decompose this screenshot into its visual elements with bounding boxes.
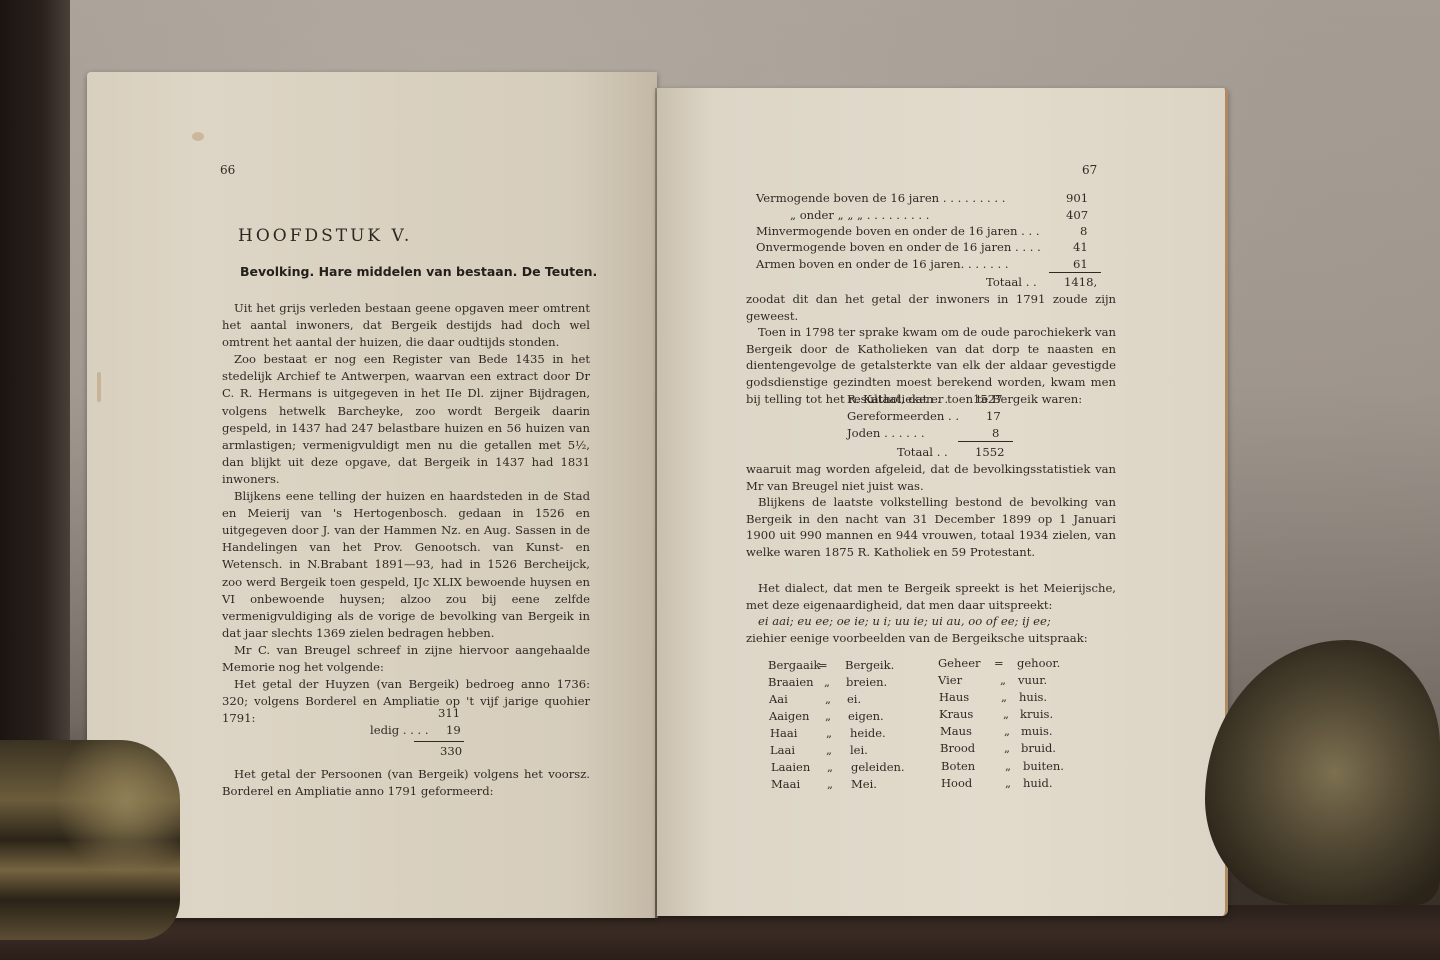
persons-row-label: Vermogende boven de 16 jaren . . . . . .…	[756, 191, 1006, 205]
dialect-word: Aaigen	[769, 709, 809, 723]
persons-total-value: 1418,	[1064, 275, 1097, 289]
dialect-word: Bergaaik	[768, 658, 820, 672]
standard-word: eigen.	[848, 709, 884, 723]
dialect-word: Kraus	[939, 707, 973, 721]
dialect-word: Maai	[771, 777, 800, 791]
standard-word: bruid.	[1021, 741, 1056, 755]
dialect-word: Haus	[939, 690, 969, 704]
paragraph-huyzen: Het getal der Huyzen (van Bergeik) bedro…	[222, 676, 590, 727]
paragraph-register-bede: Zoo bestaat er nog een Register van Bede…	[222, 351, 590, 488]
ditto-mark: „	[1003, 707, 1009, 721]
religion-row-label: Joden . . . . . .	[847, 426, 925, 440]
ditto-mark: „	[1005, 776, 1011, 790]
sum-rule	[958, 441, 1013, 442]
religion-row-label: R. Katholieken . .	[847, 392, 948, 406]
chapter-title: HOOFDSTUK V.	[238, 226, 412, 246]
paragraph-conclusion: waaruit mag worden afgeleid, dat de bevo…	[746, 461, 1116, 494]
right-body-text-1: zoodat dit dan het getal der inwoners in…	[746, 291, 1116, 407]
standard-word: breien.	[846, 675, 887, 689]
paragraph-dialect: Het dialect, dat men te Bergeik spreekt …	[746, 580, 1116, 613]
dialect-word: Haai	[770, 726, 797, 740]
right-body-text-3: Het dialect, dat men te Bergeik spreekt …	[746, 580, 1116, 646]
houses-count: 311	[438, 706, 460, 720]
brass-bookend-left	[0, 740, 180, 940]
persons-row-label: Minvermogende boven en onder de 16 jaren…	[756, 224, 1040, 238]
standard-word: vuur.	[1018, 673, 1047, 687]
chapter-subtitle: Bevolking. Hare middelen van bestaan. De…	[240, 264, 597, 279]
page-number-left: 66	[220, 163, 235, 177]
ditto-mark: „	[827, 760, 833, 774]
dialect-word: Aai	[769, 692, 788, 706]
religion-row-value: 1527	[973, 392, 1003, 406]
persons-row-label: Armen boven en onder de 16 jaren. . . . …	[756, 257, 1009, 271]
ditto-mark: „	[1005, 759, 1011, 773]
ditto-mark: „	[827, 777, 833, 791]
persons-row-value: 8	[1080, 224, 1087, 238]
persons-row-value: 41	[1073, 240, 1088, 254]
houses-total: 330	[440, 744, 462, 758]
ditto-mark: „	[1004, 741, 1010, 755]
standard-word: lei.	[850, 743, 868, 757]
standard-word: Mei.	[851, 777, 877, 791]
ditto-mark: „	[825, 692, 831, 706]
dialect-word: Braaien	[768, 675, 814, 689]
persons-row-value: 61	[1073, 257, 1088, 271]
standard-word: huid.	[1023, 776, 1053, 790]
sound-rules: ei aai; eu ee; oe ie; u i; uu ie; ui au,…	[746, 613, 1116, 630]
ditto-mark: „	[826, 743, 832, 757]
left-body-text: Uit het grijs verleden bestaan geene opg…	[222, 300, 590, 727]
persons-row-label: Onvermogende boven en onder de 16 jaren …	[756, 240, 1041, 254]
equals-sign: =	[994, 656, 1004, 670]
dialect-word: Laai	[770, 743, 795, 757]
standard-word: Bergeik.	[845, 658, 894, 672]
standard-word: kruis.	[1020, 707, 1053, 721]
ditto-mark: „	[824, 675, 830, 689]
paragraph-persoonen: Het getal der Persoonen (van Bergeik) vo…	[222, 766, 590, 800]
paragraph-census-1899: Blijkens de laatste volkstelling bestond…	[746, 494, 1116, 560]
paragraph-intro: Uit het grijs verleden bestaan geene opg…	[222, 300, 590, 351]
standard-word: gehoor.	[1017, 656, 1060, 670]
standard-word: ei.	[847, 692, 861, 706]
standard-word: buiten.	[1023, 759, 1064, 773]
standard-word: geleiden.	[851, 760, 905, 774]
persons-row-label: „ onder „ „ „ . . . . . . . . .	[790, 208, 929, 222]
paragraph-inwoners-1791: zoodat dit dan het getal der inwoners in…	[746, 291, 1116, 324]
religion-total-label: Totaal . .	[897, 445, 948, 459]
right-body-text-2: waaruit mag worden afgeleid, dat de bevo…	[746, 461, 1116, 561]
religion-total-value: 1552	[975, 445, 1005, 459]
dialect-word: Brood	[940, 741, 975, 755]
ditto-mark: „	[825, 709, 831, 723]
religion-row-value: 8	[992, 426, 999, 440]
ditto-mark: „	[1001, 690, 1007, 704]
dialect-word: Vier	[938, 673, 962, 687]
ledig-label: ledig . . . .	[370, 723, 429, 737]
ditto-mark: „	[826, 726, 832, 740]
ledig-value: 19	[446, 723, 461, 737]
ditto-mark: „	[1000, 673, 1006, 687]
paragraph-telling-1526: Blijkens eene telling der huizen en haar…	[222, 488, 590, 642]
standard-word: heide.	[850, 726, 886, 740]
left-closing-text: Het getal der Persoonen (van Bergeik) vo…	[222, 766, 590, 800]
dialect-word: Laaien	[771, 760, 810, 774]
persons-row-value: 901	[1066, 191, 1088, 205]
sum-rule	[414, 741, 464, 742]
dialect-word: Hood	[941, 776, 972, 790]
equals-sign: =	[818, 658, 828, 672]
standard-word: muis.	[1021, 724, 1053, 738]
religion-row-label: Gereformeerden . .	[847, 409, 959, 423]
persons-total-label: Totaal . .	[986, 275, 1037, 289]
dialect-word: Boten	[941, 759, 975, 773]
foxing-spot	[192, 132, 204, 141]
dialect-word: Geheer	[938, 656, 981, 670]
dialect-word: Maus	[940, 724, 972, 738]
examples-intro: ziehier eenige voorbeelden van de Bergei…	[746, 630, 1116, 647]
page-number-right: 67	[1082, 163, 1097, 177]
standard-word: huis.	[1019, 690, 1047, 704]
sum-rule	[1049, 272, 1101, 273]
foxing-spot	[97, 372, 101, 402]
ditto-mark: „	[1004, 724, 1010, 738]
religion-row-value: 17	[986, 409, 1001, 423]
paragraph-van-breugel: Mr C. van Breugel schreef in zijne hierv…	[222, 642, 590, 676]
persons-row-value: 407	[1066, 208, 1088, 222]
